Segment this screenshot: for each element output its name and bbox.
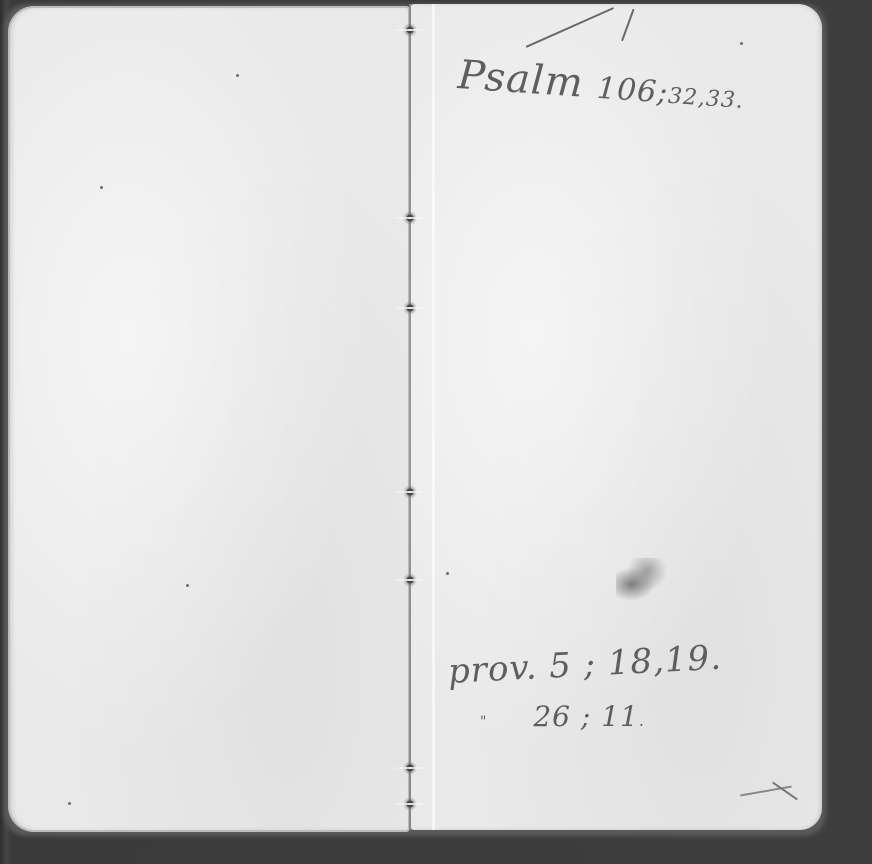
page-crease — [432, 4, 435, 830]
binding-stitch — [403, 211, 417, 225]
psalm-verses: 32,33 — [667, 84, 737, 114]
prov-chapter: 5 — [548, 646, 573, 687]
left-page — [8, 6, 410, 832]
binding-stitch — [403, 573, 417, 587]
binding-stitch — [403, 301, 417, 315]
paper-speck — [68, 802, 71, 805]
psalm-book: Psalm — [456, 52, 585, 107]
binding-stitch — [403, 761, 417, 775]
paper-speck — [186, 584, 189, 587]
prov-book: prov. — [447, 647, 538, 692]
prov-chapter-2: 26 — [533, 700, 571, 733]
prov-verses-2: 11 — [601, 700, 639, 733]
paper-speck — [236, 74, 239, 77]
binding-stitch — [403, 797, 417, 811]
binding-stitch — [403, 485, 417, 499]
paper-speck — [446, 572, 449, 575]
binding-stitch — [403, 23, 417, 37]
prov-verses: 18,19 — [607, 638, 711, 683]
proverbs-reference-line-2: " 26 ; 11. — [480, 700, 645, 733]
psalm-chapter: 106 — [596, 71, 659, 110]
paper-speck — [740, 42, 743, 45]
ditto-mark: " — [480, 714, 487, 730]
binding-spine — [409, 4, 411, 830]
ink-smudge — [616, 558, 668, 602]
paper-speck — [100, 186, 103, 189]
